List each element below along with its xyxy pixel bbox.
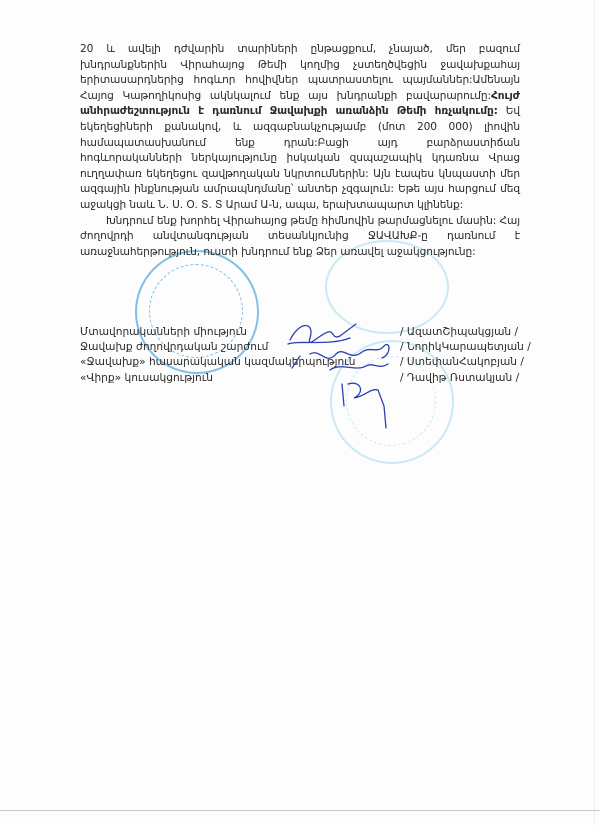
handwritten-signatures: [270, 310, 410, 450]
paragraph-1-text-b: Եվ եկեղեցիների քանակով, և ազգաբնակչությա…: [80, 105, 520, 211]
paragraph-2: Խնդրում ենք խորհել Վիրահայոց թեմը հիմնով…: [80, 214, 520, 261]
signatory-name: / Դավիթ Ռստակյան /: [400, 371, 519, 386]
signatory-name: / ԱզատՇիպակցյան /: [400, 325, 518, 340]
signatory-organization: Մտավորականների միություն: [80, 325, 247, 340]
scan-bottom-edge: [0, 810, 600, 811]
signatory-organization: «Վիրք» կուսակցություն: [80, 371, 213, 386]
scanned-letter-page: 20 և ավելի դժվարին տարիների ընթացքում, չ…: [0, 0, 600, 825]
signatory-organization: Ջավախք ժողովրդական շարժում: [80, 340, 268, 355]
paragraph-2-text: Խնդրում ենք խորհել Վիրահայոց թեմը հիմնով…: [80, 215, 520, 258]
scan-edge: [594, 0, 595, 825]
paragraph-1-text-a: 20 և ավելի դժվարին տարիների ընթացքում, չ…: [80, 43, 520, 102]
letter-body: 20 և ավելի դժվարին տարիների ընթացքում, չ…: [80, 42, 520, 260]
signatory-name: / ՍտեփանՀակոբյան /: [400, 355, 524, 370]
signatory-name: / ՆորիկԿարապետյան /: [400, 340, 531, 355]
paragraph-1: 20 և ավելի դժվարին տարիների ընթացքում, չ…: [80, 42, 520, 214]
